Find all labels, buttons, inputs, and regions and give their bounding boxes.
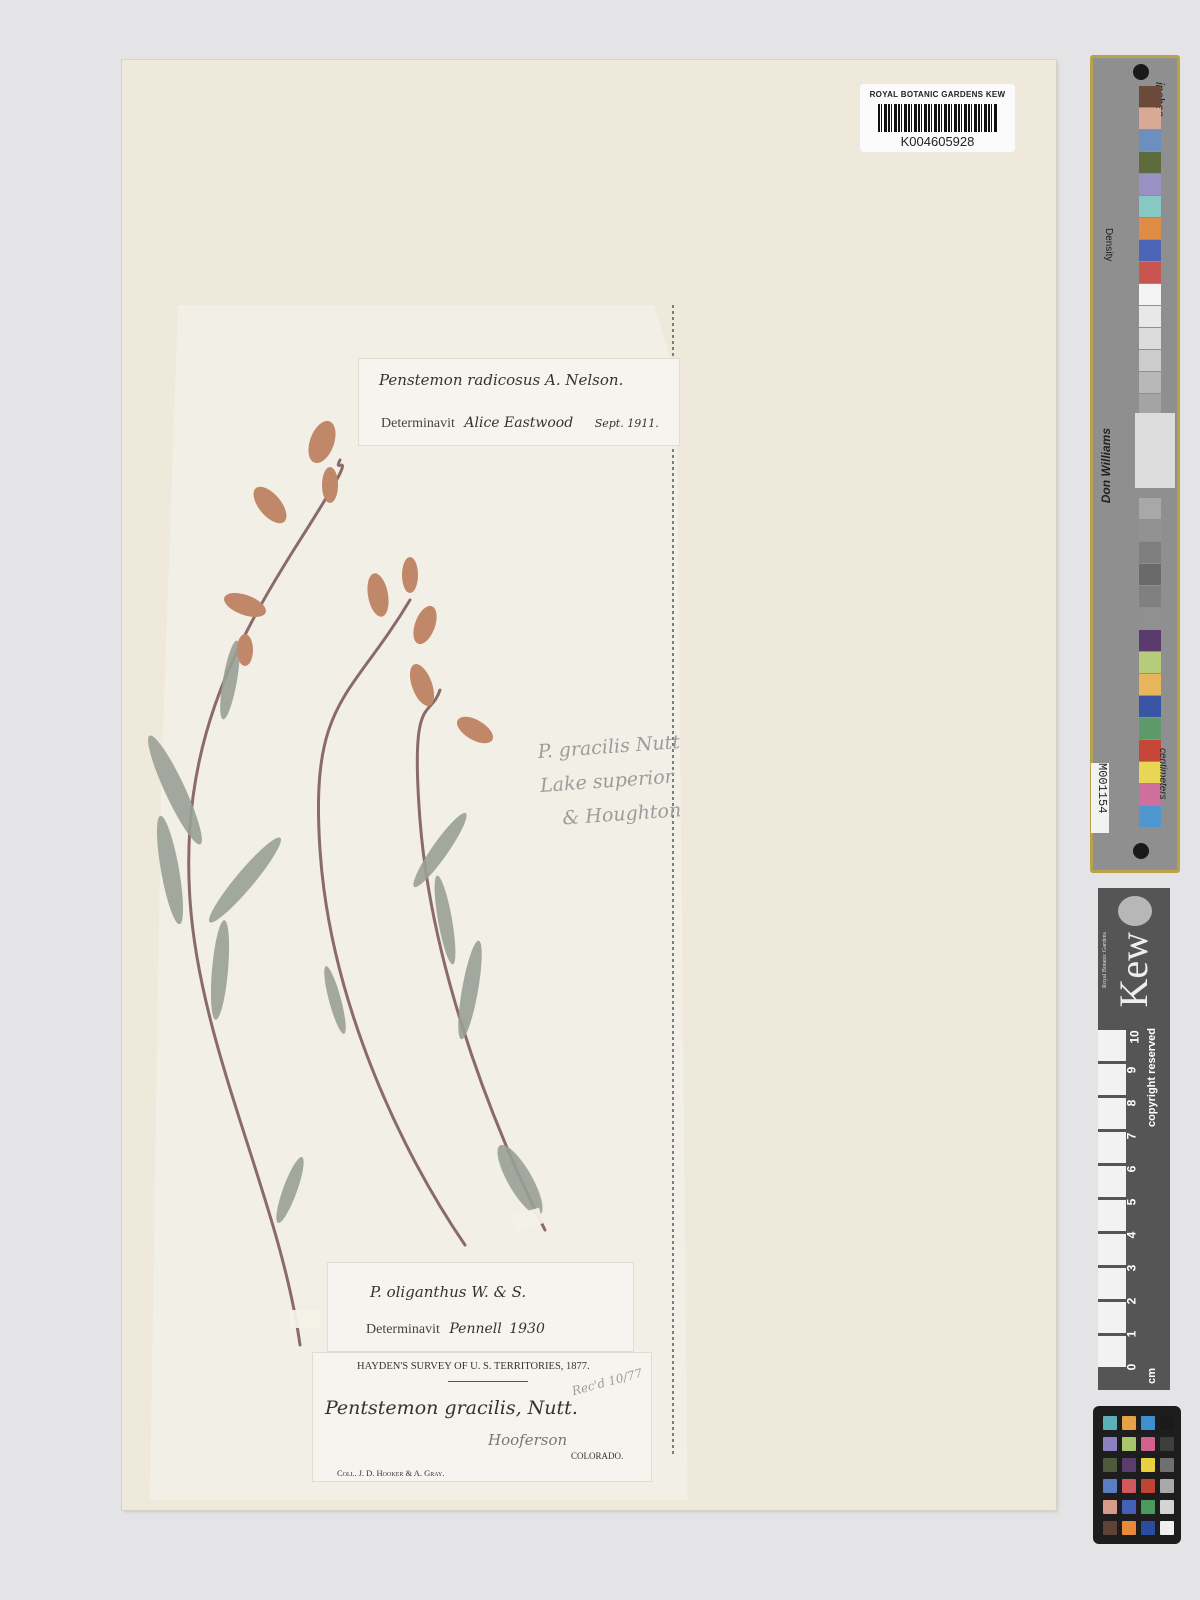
checker-patch — [1122, 1500, 1136, 1514]
determination-label-2: P. oliganthus W. & S. Determinavit Penne… — [327, 1262, 634, 1352]
det1-determinavit: Determinavit — [381, 416, 455, 431]
brand-label: Don Williams — [1099, 428, 1113, 503]
collection-taxon-name: Pentstemon gracilis, Nutt. — [325, 1397, 578, 1419]
checker-patch — [1103, 1500, 1117, 1514]
crest-icon — [1118, 896, 1152, 926]
checker-patch — [1141, 1479, 1155, 1493]
cm-tick-label: 7 — [1124, 1133, 1138, 1140]
pencil-annotation: P. gracilis Nutt Lake superior & Houghto… — [537, 725, 686, 837]
det2-determinavit: Determinavit — [366, 1322, 440, 1337]
color-swatch — [1139, 328, 1161, 349]
checker-patch — [1141, 1500, 1155, 1514]
color-swatch — [1139, 652, 1161, 673]
color-swatch — [1139, 608, 1161, 629]
ruler-id: M001154 — [1091, 763, 1109, 833]
cm-tick-label: 5 — [1124, 1199, 1138, 1206]
color-ruler: inches Don Williams Density M001154 cent… — [1090, 55, 1180, 873]
color-swatch — [1139, 284, 1161, 305]
det1-determiner: Alice Eastwood — [464, 415, 573, 431]
checker-patch — [1103, 1416, 1117, 1430]
cm-tick-label: 8 — [1124, 1100, 1138, 1107]
ruler-hole-top — [1133, 64, 1149, 80]
cm-tick-label: 10 — [1128, 1030, 1142, 1043]
kew-logo: Kew — [1110, 932, 1157, 1008]
cm-tick-label: 6 — [1124, 1166, 1138, 1173]
color-swatch — [1139, 674, 1161, 695]
checker-patch — [1141, 1521, 1155, 1535]
color-swatch — [1139, 130, 1161, 151]
color-swatch — [1139, 108, 1161, 129]
checker-patch — [1122, 1521, 1136, 1535]
cm-scale-blocks — [1098, 1030, 1126, 1370]
checker-patch — [1141, 1437, 1155, 1451]
kew-scale-bar: Kew Royal Botanic Gardens copyright rese… — [1098, 888, 1170, 1390]
color-swatch — [1139, 586, 1161, 607]
checker-patch — [1103, 1437, 1117, 1451]
checker-patch — [1160, 1458, 1174, 1472]
checker-patch — [1160, 1500, 1174, 1514]
checker-patch — [1141, 1416, 1155, 1430]
collection-label: HAYDEN'S SURVEY OF U. S. TERRITORIES, 18… — [312, 1352, 652, 1482]
det1-date: Sept. 1911. — [595, 417, 659, 430]
color-swatch — [1139, 218, 1161, 239]
color-swatch — [1139, 262, 1161, 283]
color-swatch — [1139, 306, 1161, 327]
cm-tick-label: 1 — [1124, 1331, 1138, 1338]
color-swatch — [1139, 372, 1161, 393]
cm-tick-label: 9 — [1124, 1067, 1138, 1074]
color-swatch — [1139, 696, 1161, 717]
color-swatch — [1139, 174, 1161, 195]
cm-tick-label: 3 — [1124, 1265, 1138, 1272]
det2-taxon-name: P. oliganthus W. & S. — [370, 1283, 526, 1301]
collection-sub-note: Hooferson — [488, 1431, 567, 1449]
color-checker-card — [1093, 1406, 1181, 1544]
checker-patch — [1160, 1521, 1174, 1535]
det2-determiner: Pennell — [449, 1321, 501, 1337]
checker-patch — [1122, 1416, 1136, 1430]
checker-patch — [1122, 1458, 1136, 1472]
checker-patch — [1160, 1479, 1174, 1493]
color-swatch — [1139, 520, 1161, 541]
cm-tick-label: 0 — [1124, 1364, 1138, 1371]
color-swatch — [1139, 196, 1161, 217]
color-swatch — [1139, 542, 1161, 563]
collector: Coll. J. D. Hooker & A. Gray. — [337, 1468, 445, 1478]
color-swatch — [1139, 240, 1161, 261]
copyright-text: copyright reserved — [1146, 1028, 1158, 1127]
color-swatch — [1139, 630, 1161, 651]
locality: COLORADO. — [571, 1451, 623, 1461]
checker-patch — [1160, 1437, 1174, 1451]
color-swatch — [1139, 86, 1161, 107]
checker-patch — [1103, 1479, 1117, 1493]
checker-patch — [1103, 1521, 1117, 1535]
cm-tick-label: 2 — [1124, 1298, 1138, 1305]
cm-tick-label: 4 — [1124, 1232, 1138, 1239]
kew-subtitle: Royal Botanic Gardens — [1102, 932, 1108, 988]
color-swatch — [1139, 498, 1161, 519]
checker-patch — [1141, 1458, 1155, 1472]
cm-tick-labels: 012345678910 — [1128, 1030, 1144, 1370]
centimeters-label: centimeters — [1157, 748, 1168, 800]
color-swatch — [1139, 718, 1161, 739]
checker-patch — [1103, 1458, 1117, 1472]
checker-patch — [1160, 1416, 1174, 1430]
color-swatch — [1139, 806, 1161, 827]
survey-header: HAYDEN'S SURVEY OF U. S. TERRITORIES, 18… — [357, 1361, 590, 1372]
density-label: Density — [1103, 228, 1114, 261]
determination-label-1: Penstemon radicosus A. Nelson. Determina… — [358, 358, 680, 446]
det2-date: 1930 — [509, 1321, 545, 1337]
checker-patch — [1122, 1437, 1136, 1451]
header-rule — [448, 1381, 528, 1382]
ruler-hole-bottom — [1133, 843, 1149, 859]
color-swatch — [1139, 152, 1161, 173]
color-swatch — [1139, 564, 1161, 585]
color-swatch — [1139, 394, 1161, 415]
cm-unit: cm — [1146, 1368, 1158, 1384]
color-swatch — [1139, 350, 1161, 371]
ruler-scale-block — [1135, 413, 1175, 488]
checker-patch — [1122, 1479, 1136, 1493]
det1-taxon-name: Penstemon radicosus A. Nelson. — [379, 371, 623, 389]
